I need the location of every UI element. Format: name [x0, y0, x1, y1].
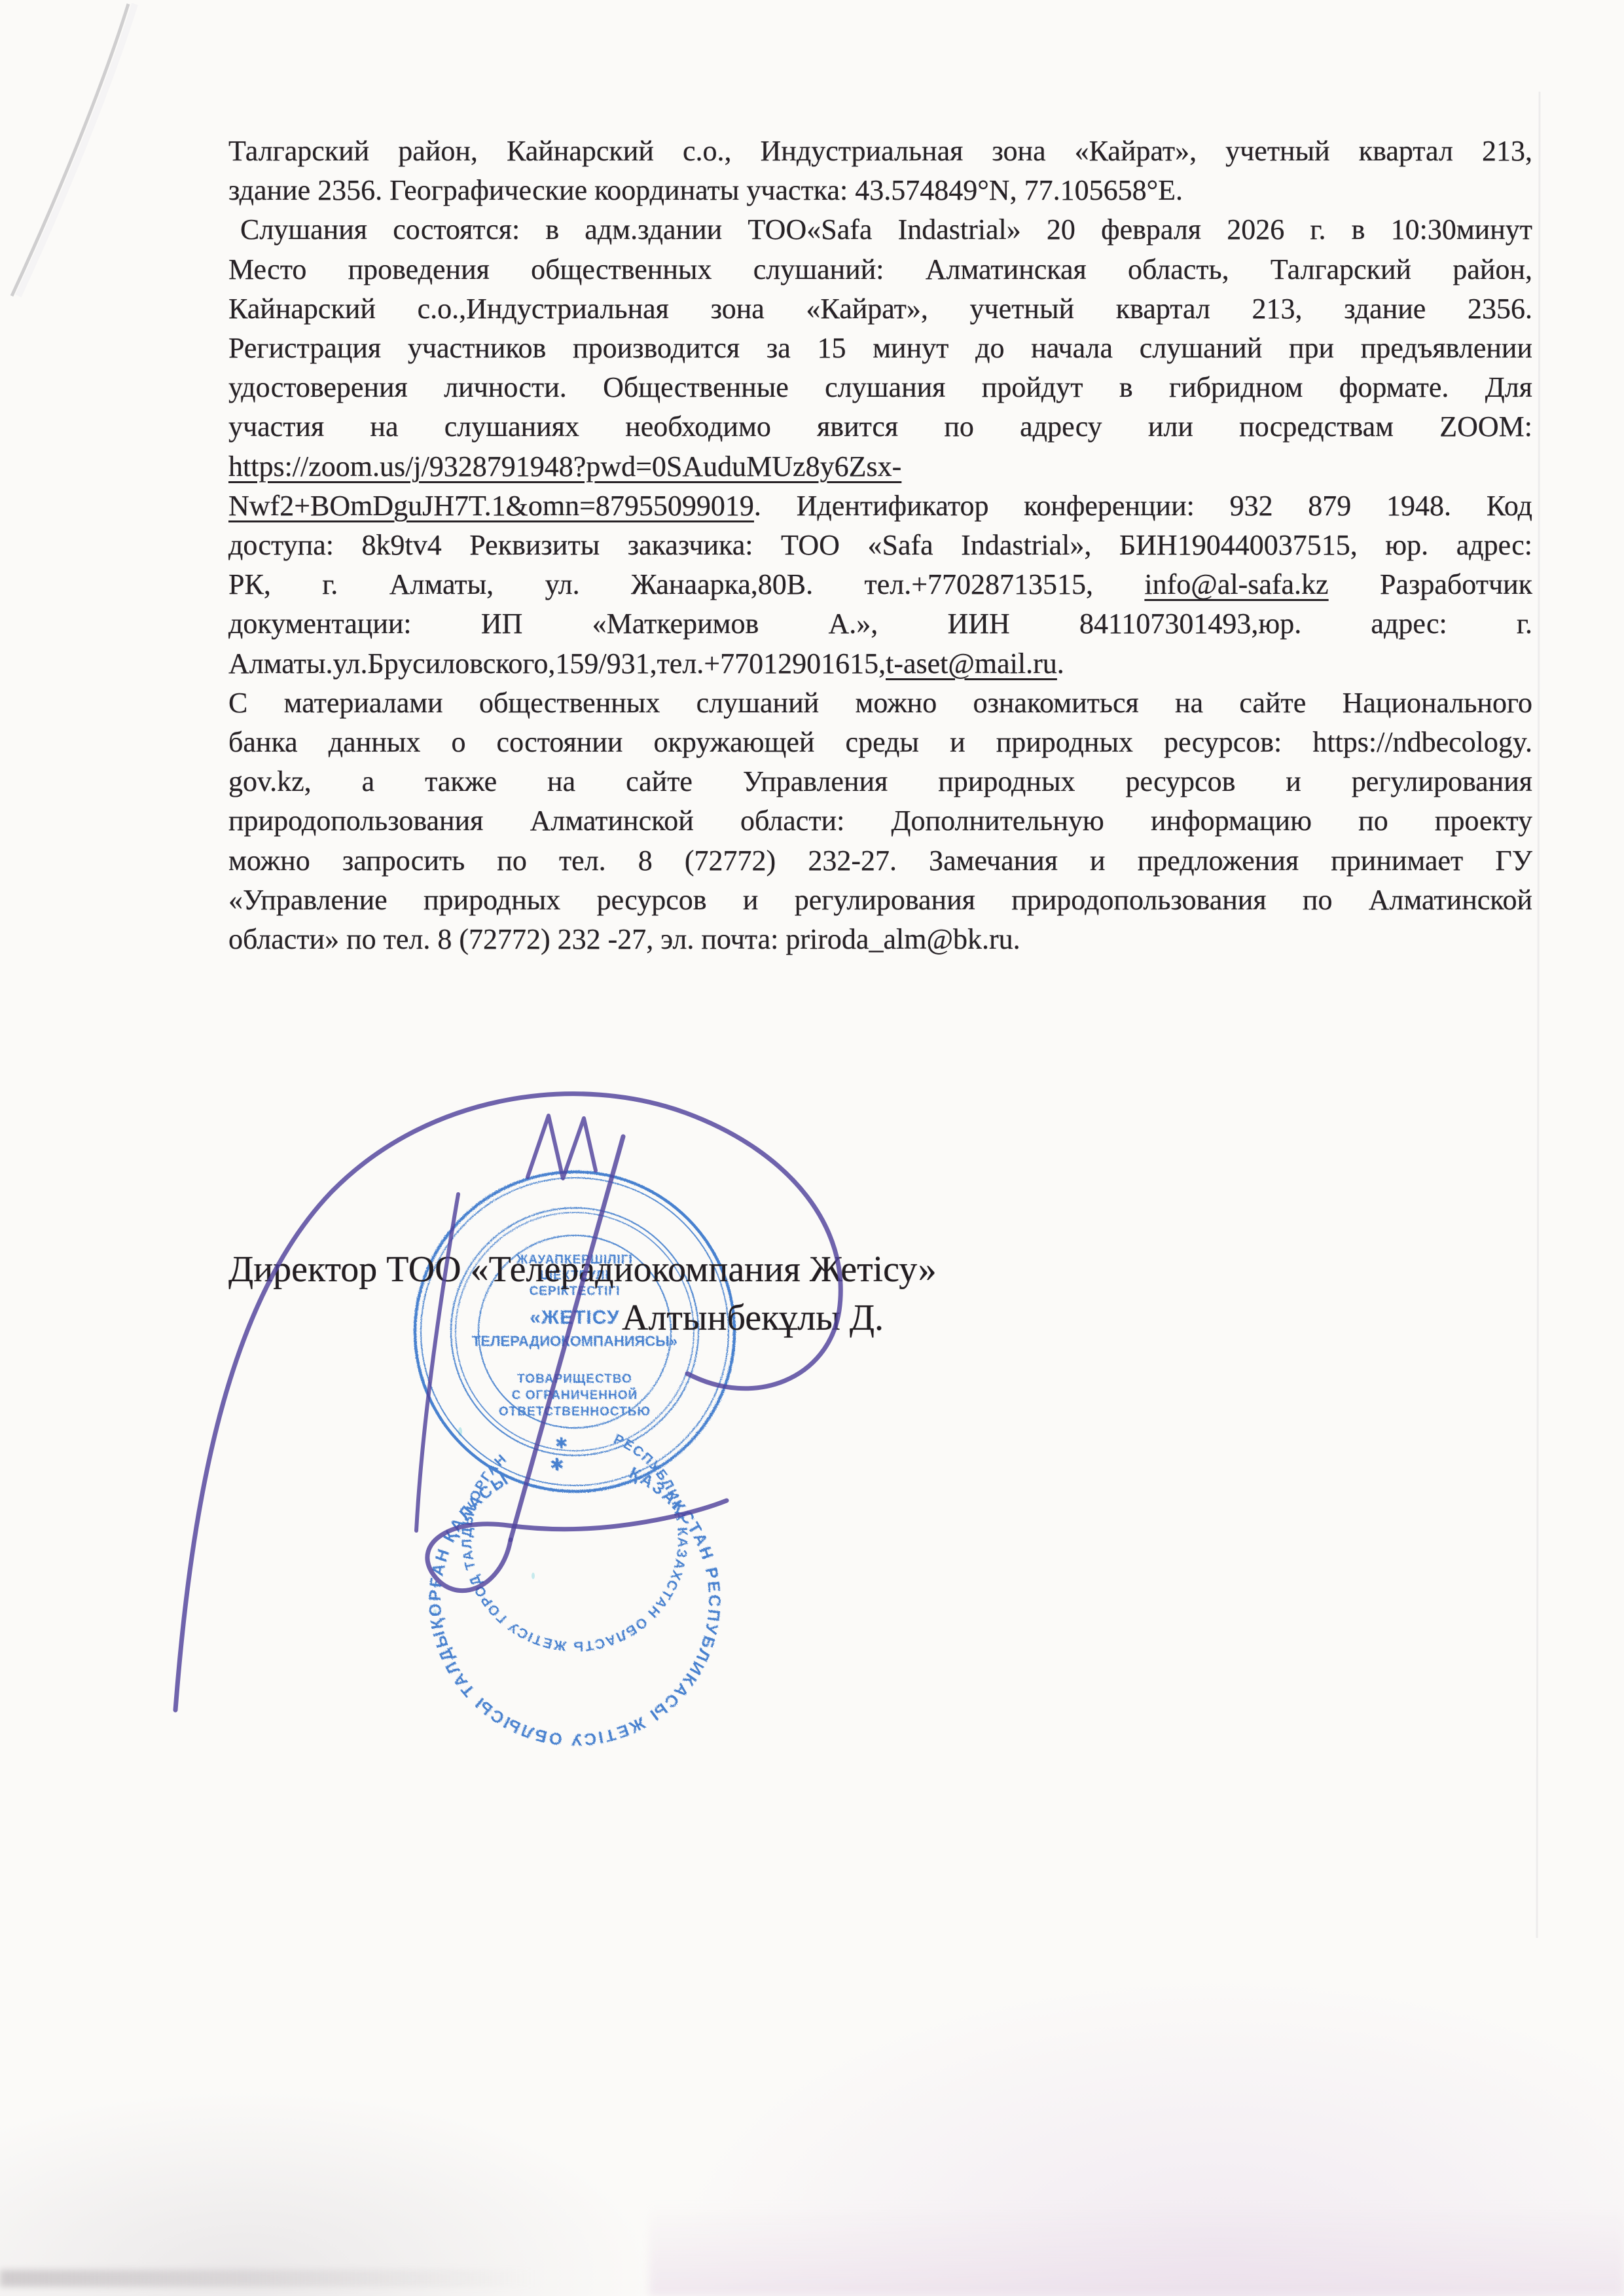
scan-speck — [532, 1573, 535, 1579]
text-segment: можно запросить по тел. 8 (72772) 232-27… — [228, 845, 1532, 877]
text-line: документации: ИП «Маткеримов А.», ИИН 84… — [228, 604, 1532, 644]
scanned-document-page: ҚАЗАҚСТАН РЕСПУБЛИКАСЫ ЖЕТІСУ ОБЛЫСЫ ТАЛ… — [0, 0, 1624, 2296]
text-line: банка данных о состоянии окружающей сред… — [228, 723, 1532, 762]
text-segment: Слушания состоятся: в адм.здании ТОО«Saf… — [240, 213, 1532, 246]
text-segment: удостоверения личности. Общественные слу… — [228, 371, 1532, 403]
text-line: «Управление природных ресурсов и регулир… — [228, 881, 1532, 920]
seal-center-line: ТОВАРИЩЕСТВО — [517, 1372, 632, 1386]
signature-stroke — [427, 1501, 727, 1591]
text-line: участия на слушаниях необходимо явится п… — [228, 407, 1532, 446]
text-line: удостоверения личности. Общественные слу… — [228, 368, 1532, 407]
text-line: природопользования Алматинской области: … — [228, 801, 1532, 841]
underlined-link-text[interactable]: t-aset@mail.ru — [886, 647, 1057, 680]
text-segment: здание 2356. Географические координаты у… — [228, 174, 1183, 206]
text-segment: Талгарский район, Кайнарский с.о., Индус… — [228, 135, 1532, 167]
text-line: gov.kz, а также на сайте Управления прир… — [228, 762, 1532, 801]
scan-noise-bottom — [649, 2204, 1624, 2296]
text-segment: Место проведения общественных слушаний: … — [228, 253, 1532, 285]
text-line: здание 2356. Географические координаты у… — [228, 171, 1532, 210]
text-line: С материалами общественных слушаний можн… — [228, 683, 1532, 723]
text-line: доступа: 8k9tv4 Реквизиты заказчика: ТОО… — [228, 526, 1532, 565]
text-segment: «Управление природных ресурсов и регулир… — [228, 884, 1532, 916]
text-line: Слушания состоятся: в адм.здании ТОО«Saf… — [228, 210, 1532, 249]
text-segment: области» по тел. 8 (72772) 232 -27, эл. … — [228, 923, 1020, 955]
underlined-link-text[interactable]: Nwf2+BOmDguJH7T.1&omn=87955099019 — [228, 490, 754, 522]
signature-stroke — [511, 1137, 623, 1540]
underlined-link-text[interactable]: https://zoom.us/j/9328791948?pwd=0SAuduM… — [228, 450, 901, 483]
text-segment: участия на слушаниях необходимо явится п… — [228, 410, 1532, 443]
scan-fold-artifact — [12, 4, 128, 296]
text-line: Кайнарский с.о.,Индустриальная зона «Кай… — [228, 289, 1532, 329]
seal-center-line: С ОГРАНИЧЕННОЙ — [512, 1388, 638, 1402]
text-line: Nwf2+BOmDguJH7T.1&omn=87955099019. Идент… — [228, 486, 1532, 526]
scan-fold-highlight — [18, 4, 135, 296]
seal-star-icon: ✱ — [555, 1434, 568, 1451]
text-segment: Разработчик — [1329, 568, 1532, 600]
scan-crease-artifact — [1537, 92, 1540, 1938]
text-segment: банка данных о состоянии окружающей сред… — [228, 726, 1532, 758]
seal-center-line: «ЖЕТІСУ — [530, 1307, 619, 1328]
text-line: области» по тел. 8 (72772) 232 -27, эл. … — [228, 920, 1532, 959]
scan-streak-bottom-left — [0, 2270, 537, 2287]
text-line: https://zoom.us/j/9328791948?pwd=0SAuduM… — [228, 447, 1532, 486]
text-segment: gov.kz, а также на сайте Управления прир… — [228, 765, 1532, 797]
signature-stroke — [175, 1094, 840, 1710]
underlined-link-text[interactable]: info@al-safa.kz — [1144, 568, 1328, 600]
scan-speck — [458, 1427, 462, 1436]
text-segment: документации: ИП «Маткеримов А.», ИИН 84… — [228, 608, 1532, 640]
text-line: Регистрация участников производится за 1… — [228, 329, 1532, 368]
signatory-name: Алтынбекұлы Д. — [622, 1296, 884, 1339]
text-segment: природопользования Алматинской области: … — [228, 805, 1532, 837]
text-segment: Алматы.ул.Брусиловского,159/931,тел.+770… — [228, 647, 886, 680]
text-line: Место проведения общественных слушаний: … — [228, 250, 1532, 289]
scan-speck — [433, 1609, 437, 1615]
signatory-title: Директор ТОО «Телерадиокомпания Жетісу» — [228, 1248, 937, 1291]
seal-inner-ring-text: РЕСПУБЛИКА КАЗАХСТАН ОБЛАСТЬ ЖЕТІСУ ГОРО… — [460, 1431, 690, 1654]
text-line: РК, г. Алматы, ул. Жанаарка,80В. тел.+77… — [228, 565, 1532, 604]
seal-outer-ring-text: ҚАЗАҚСТАН РЕСПУБЛИКАСЫ ЖЕТІСУ ОБЛЫСЫ ТАЛ… — [426, 1464, 723, 1749]
text-line: Талгарский район, Кайнарский с.о., Индус… — [228, 132, 1532, 171]
text-segment: . Идентификатор конференции: 932 879 194… — [754, 490, 1532, 522]
text-line: можно запросить по тел. 8 (72772) 232-27… — [228, 841, 1532, 881]
text-segment: Кайнарский с.о.,Индустриальная зона «Кай… — [228, 293, 1532, 325]
text-segment: . — [1057, 647, 1064, 680]
text-segment: Регистрация участников производится за 1… — [228, 332, 1532, 364]
text-segment: РК, г. Алматы, ул. Жанаарка,80В. тел.+77… — [228, 568, 1144, 600]
seal-star-icon: ✱ — [550, 1455, 564, 1474]
body-text: Талгарский район, Кайнарский с.о., Индус… — [228, 132, 1532, 959]
signature-stroke — [416, 1194, 458, 1531]
text-segment: С материалами общественных слушаний можн… — [228, 687, 1532, 719]
signature-stroke — [528, 1116, 596, 1178]
text-segment: доступа: 8k9tv4 Реквизиты заказчика: ТОО… — [228, 529, 1532, 561]
text-line: Алматы.ул.Брусиловского,159/931,тел.+770… — [228, 644, 1532, 683]
seal-center-line: ОТВЕТСТВЕННОСТЬЮ — [499, 1405, 651, 1419]
